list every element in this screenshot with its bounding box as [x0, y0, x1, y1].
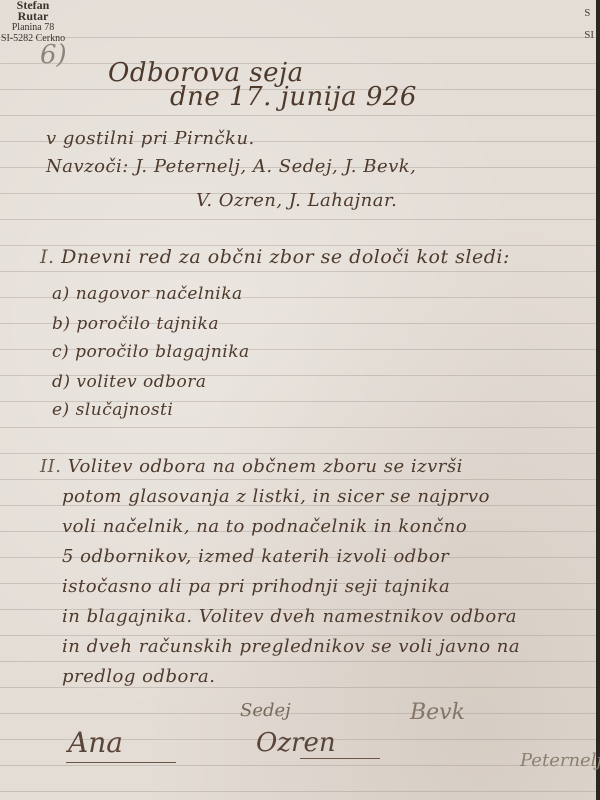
section-2-text: Volitev odbora na občnem zboru se izvrši: [68, 456, 463, 477]
agenda-item: e) slučajnosti: [52, 400, 173, 420]
section-2-number: II.: [40, 456, 61, 477]
agenda-item: d) volitev odbora: [52, 372, 207, 392]
agenda-item-text: slučajnosti: [76, 400, 174, 420]
section-2-line: in blagajnika. Volitev dveh namestnikov …: [62, 606, 517, 627]
agenda-item-label: c): [52, 342, 69, 362]
agenda-item-label: b): [52, 314, 71, 334]
signature-flourish: [66, 762, 176, 763]
agenda-item: a) nagovor načelnika: [52, 284, 243, 304]
meeting-location: v gostilni pri Pirnčku.: [46, 128, 255, 149]
signature: Peternelj: [520, 750, 600, 771]
page-number: 6): [40, 40, 67, 70]
agenda-item: b) poročilo tajnika: [52, 314, 219, 334]
corner-stamp-line: SI: [584, 24, 594, 46]
section-2-line: voli načelnik, na to podnačelnik in konč…: [62, 516, 467, 537]
section-2-line: predlog odbora.: [62, 666, 215, 687]
corner-stamp-line: S: [584, 2, 594, 24]
agenda-item-label: a): [52, 284, 70, 304]
section-1-text: Dnevni red za občni zbor se določi kot s…: [61, 246, 510, 268]
archive-stamp: Stefan Rutar Planina 78 SI-5282 Cerkno: [0, 0, 66, 44]
attendees-line-2: V. Ozren, J. Lahajnar.: [196, 190, 397, 211]
corner-stamp: S SI: [584, 2, 594, 46]
attendees-label: Navzoči:: [46, 156, 129, 177]
section-2-line: 5 odbornikov, izmed katerih izvoli odbor: [62, 546, 449, 567]
agenda-item: c) poročilo blagajnika: [52, 342, 250, 362]
section-2-first-line: II. Volitev odbora na občnem zboru se iz…: [40, 456, 463, 477]
agenda-item-text: volitev odbora: [76, 372, 206, 392]
section-1-number: I.: [40, 246, 55, 268]
page-edge: [596, 0, 600, 800]
meeting-date: dne 17. junija 926: [170, 82, 417, 112]
stamp-name: Stefan Rutar: [0, 0, 66, 22]
signature: Sedej: [240, 700, 291, 721]
stamp-street: Planina 78: [0, 22, 66, 33]
section-2-line: potom glasovanja z listki, in sicer se n…: [62, 486, 490, 507]
agenda-item-label: d): [52, 372, 71, 392]
attendees-line-1: Navzoči: J. Peternelj, A. Sedej, J. Bevk…: [46, 156, 416, 177]
section-2-line: in dveh računskih preglednikov se voli j…: [62, 636, 520, 657]
agenda-item-text: poročilo blagajnika: [75, 342, 250, 362]
section-2-line: istočasno ali pa pri prihodnji seji tajn…: [62, 576, 450, 597]
agenda-item-text: poročilo tajnika: [76, 314, 219, 334]
attendees-names: J. Peternelj, A. Sedej, J. Bevk,: [135, 156, 416, 177]
signature-flourish: [300, 758, 380, 759]
signature: Ozren: [256, 728, 336, 758]
section-1-heading: I. Dnevni red za občni zbor se določi ko…: [40, 246, 510, 268]
signature: Ana: [68, 726, 123, 759]
signature: Bevk: [410, 700, 465, 725]
agenda-item-label: e): [52, 400, 70, 420]
agenda-item-text: nagovor načelnika: [76, 284, 243, 304]
document-page: Stefan Rutar Planina 78 SI-5282 Cerkno S…: [0, 0, 600, 800]
